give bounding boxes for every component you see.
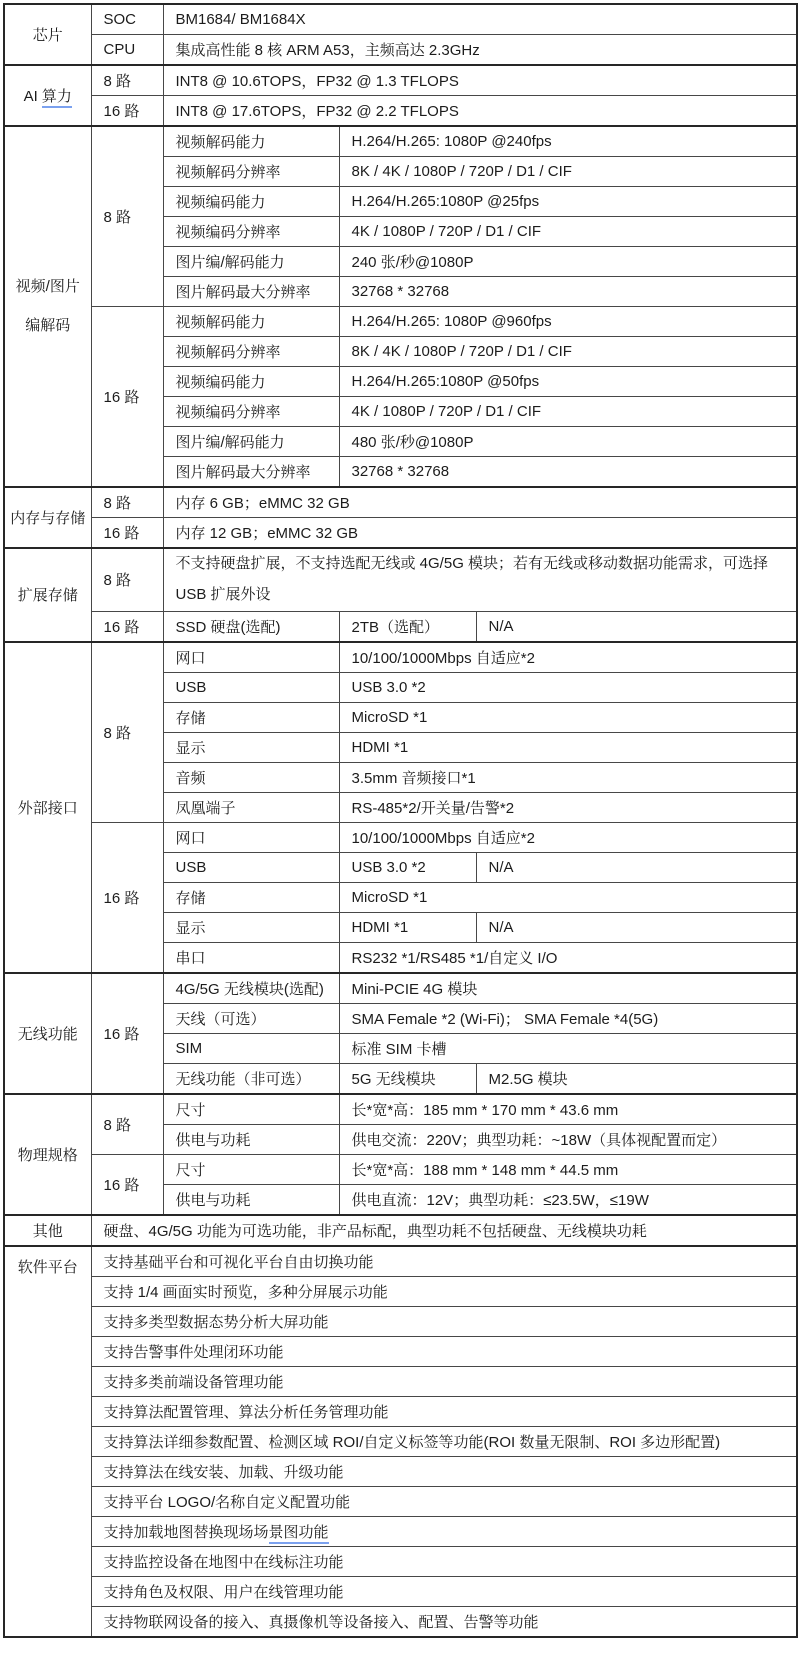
value-cell: USB 3.0 *2	[339, 852, 476, 882]
attribute-cell: 网口	[163, 642, 339, 673]
table-row: 其他硬盘、4G/5G 功能为可选功能，非产品标配，典型功耗不包括硬盘、无线模块功…	[4, 1215, 797, 1246]
table-row: 16 路尺寸长*宽*高：188 mm * 148 mm * 44.5 mm	[4, 1154, 797, 1184]
value-cell: 支持多类型数据态势分析大屏功能	[91, 1306, 797, 1336]
value-cell: 8K / 4K / 1080P / 720P / D1 / CIF	[339, 337, 797, 367]
value-cell: INT8 @ 17.6TOPS，FP32 @ 2.2 TFLOPS	[163, 96, 797, 127]
category-expansion-storage: 扩展存储	[4, 548, 91, 642]
channel-8: 8 路	[91, 487, 163, 518]
table-row: 支持算法在线安装、加载、升级功能	[4, 1456, 797, 1486]
value-cell: 供电交流：220V；典型功耗：~18W（具体视配置而定）	[339, 1124, 797, 1154]
table-row: 外部接口8 路网口10/100/1000Mbps 自适应*2	[4, 642, 797, 673]
attribute-cell: 图片编/解码能力	[163, 427, 339, 457]
value-cell: 硬盘、4G/5G 功能为可选功能，非产品标配，典型功耗不包括硬盘、无线模块功耗	[91, 1215, 797, 1246]
value-cell: 不支持硬盘扩展，不支持选配无线或 4G/5G 模块；若有无线或移动数据功能需求，…	[163, 548, 797, 611]
attribute-cell: USB	[163, 672, 339, 702]
value-cell: INT8 @ 10.6TOPS，FP32 @ 1.3 TFLOPS	[163, 65, 797, 96]
value-cell: 4K / 1080P / 720P / D1 / CIF	[339, 217, 797, 247]
attribute-cell: 尺寸	[163, 1154, 339, 1184]
value-cell: USB 3.0 *2	[339, 672, 797, 702]
table-row: 软件平台支持基础平台和可视化平台自由切换功能	[4, 1246, 797, 1277]
value-cell: 供电直流：12V；典型功耗：≤23.5W，≤19W	[339, 1184, 797, 1215]
value-cell: 支持角色及权限、用户在线管理功能	[91, 1576, 797, 1606]
attribute-cell: 串口	[163, 942, 339, 973]
category-ai-compute: AI 算力	[4, 65, 91, 126]
category-video-codec: 视频/图片编解码	[4, 126, 91, 487]
attribute-cell: 视频解码能力	[163, 307, 339, 337]
attribute-cell: 视频编码分辨率	[163, 217, 339, 247]
underlined-text: 景图功能	[269, 1524, 329, 1544]
table-row: 16 路INT8 @ 17.6TOPS，FP32 @ 2.2 TFLOPS	[4, 96, 797, 127]
attribute-cell: 音频	[163, 762, 339, 792]
spec-table-body: 芯片SOCBM1684/ BM1684XCPU集成高性能 8 核 ARM A53…	[4, 4, 797, 1637]
value-cell: H.264/H.265:1080P @50fps	[339, 367, 797, 397]
table-row: 支持算法配置管理、算法分析任务管理功能	[4, 1396, 797, 1426]
attribute-cell: 视频编码能力	[163, 367, 339, 397]
value-cell: N/A	[476, 912, 797, 942]
value-cell: 标准 SIM 卡槽	[339, 1033, 797, 1063]
value-cell: N/A	[476, 611, 797, 642]
value-cell: 支持算法在线安装、加载、升级功能	[91, 1456, 797, 1486]
table-row: CPU集成高性能 8 核 ARM A53，主频高达 2.3GHz	[4, 35, 797, 66]
attribute-cell: 4G/5G 无线模块(选配)	[163, 973, 339, 1004]
value-cell: 支持多类前端设备管理功能	[91, 1366, 797, 1396]
attribute-cell: 供电与功耗	[163, 1124, 339, 1154]
value-cell: 支持告警事件处理闭环功能	[91, 1336, 797, 1366]
value-cell: MicroSD *1	[339, 882, 797, 912]
attribute-cell: 显示	[163, 912, 339, 942]
channel-16: 16 路	[91, 1154, 163, 1215]
value-cell: 3.5mm 音频接口*1	[339, 762, 797, 792]
category-memory-storage: 内存与存储	[4, 487, 91, 548]
table-row: 无线功能16 路4G/5G 无线模块(选配)Mini-PCIE 4G 模块	[4, 973, 797, 1004]
channel-16: 16 路	[91, 307, 163, 488]
attribute-cell: 视频解码分辨率	[163, 337, 339, 367]
value-cell: 支持算法详细参数配置、检测区域 ROI/自定义标签等功能(ROI 数量无限制、R…	[91, 1426, 797, 1456]
table-row: 16 路网口10/100/1000Mbps 自适应*2	[4, 822, 797, 852]
channel-16: 16 路	[91, 518, 163, 549]
attribute-cell: 存储	[163, 882, 339, 912]
value-cell: 8K / 4K / 1080P / 720P / D1 / CIF	[339, 157, 797, 187]
value-cell: MicroSD *1	[339, 702, 797, 732]
table-row: 支持 1/4 画面实时预览，多种分屏展示功能	[4, 1276, 797, 1306]
table-row: 支持加载地图替换现场场景图功能	[4, 1516, 797, 1546]
value-cell: 内存 6 GB；eMMC 32 GB	[163, 487, 797, 518]
table-row: 16 路视频解码能力H.264/H.265: 1080P @960fps	[4, 307, 797, 337]
value-cell: H.264/H.265: 1080P @240fps	[339, 126, 797, 157]
value-cell: RS232 *1/RS485 *1/自定义 I/O	[339, 942, 797, 973]
value-cell: 内存 12 GB；eMMC 32 GB	[163, 518, 797, 549]
category-external-interfaces: 外部接口	[4, 642, 91, 973]
table-row: 支持告警事件处理闭环功能	[4, 1336, 797, 1366]
channel-16: 16 路	[91, 611, 163, 642]
channel-8: 8 路	[91, 642, 163, 823]
category-chip: 芯片	[4, 4, 91, 65]
value-cell: 支持算法配置管理、算法分析任务管理功能	[91, 1396, 797, 1426]
underlined-text: 算力	[42, 88, 72, 108]
value-cell: N/A	[476, 852, 797, 882]
value-cell: 4K / 1080P / 720P / D1 / CIF	[339, 397, 797, 427]
attribute-cell: SSD 硬盘(选配)	[163, 611, 339, 642]
value-cell: 10/100/1000Mbps 自适应*2	[339, 642, 797, 673]
spec-sheet-page: 芯片SOCBM1684/ BM1684XCPU集成高性能 8 核 ARM A53…	[0, 0, 800, 1660]
category-software-platform: 软件平台	[4, 1246, 91, 1637]
value-cell: HDMI *1	[339, 912, 476, 942]
value-cell: 集成高性能 8 核 ARM A53，主频高达 2.3GHz	[163, 35, 797, 66]
value-cell: 5G 无线模块	[339, 1063, 476, 1094]
table-row: 内存与存储8 路内存 6 GB；eMMC 32 GB	[4, 487, 797, 518]
attribute-cell: USB	[163, 852, 339, 882]
value-cell: Mini-PCIE 4G 模块	[339, 973, 797, 1004]
value-cell: 支持物联网设备的接入、真摄像机等设备接入、配置、告警等功能	[91, 1606, 797, 1637]
value-cell: 支持基础平台和可视化平台自由切换功能	[91, 1246, 797, 1277]
value-cell: 2TB（选配）	[339, 611, 476, 642]
attribute-cell: 供电与功耗	[163, 1184, 339, 1215]
value-cell: 10/100/1000Mbps 自适应*2	[339, 822, 797, 852]
table-row: 支持监控设备在地图中在线标注功能	[4, 1546, 797, 1576]
category-other: 其他	[4, 1215, 91, 1246]
value-cell: 支持监控设备在地图中在线标注功能	[91, 1546, 797, 1576]
category-physical-specs: 物理规格	[4, 1094, 91, 1215]
table-row: 支持物联网设备的接入、真摄像机等设备接入、配置、告警等功能	[4, 1606, 797, 1637]
attribute-cell: 存储	[163, 702, 339, 732]
value-cell: SMA Female *2 (Wi-Fi)； SMA Female *4(5G)	[339, 1003, 797, 1033]
channel-16: 16 路	[91, 973, 163, 1094]
attribute-cell: 天线（可选）	[163, 1003, 339, 1033]
value-cell: 支持加载地图替换现场场景图功能	[91, 1516, 797, 1546]
value-cell: H.264/H.265:1080P @25fps	[339, 187, 797, 217]
category-wireless: 无线功能	[4, 973, 91, 1094]
table-row: 物理规格8 路尺寸长*宽*高：185 mm * 170 mm * 43.6 mm	[4, 1094, 797, 1125]
value-cell: 32768 * 32768	[339, 277, 797, 307]
channel-8: 8 路	[91, 548, 163, 611]
value-cell: H.264/H.265: 1080P @960fps	[339, 307, 797, 337]
attribute-cell: 视频解码分辨率	[163, 157, 339, 187]
attribute-cell: 尺寸	[163, 1094, 339, 1125]
attribute-cell: 图片解码最大分辨率	[163, 277, 339, 307]
value-cell: 支持平台 LOGO/名称自定义配置功能	[91, 1486, 797, 1516]
attribute-cell: 显示	[163, 732, 339, 762]
attribute-cell: 无线功能（非可选）	[163, 1063, 339, 1094]
table-row: 支持平台 LOGO/名称自定义配置功能	[4, 1486, 797, 1516]
channel-8: 8 路	[91, 65, 163, 96]
attribute-cell: 凤凰端子	[163, 792, 339, 822]
value-cell: M2.5G 模块	[476, 1063, 797, 1094]
value-cell: 支持 1/4 画面实时预览，多种分屏展示功能	[91, 1276, 797, 1306]
table-row: 16 路内存 12 GB；eMMC 32 GB	[4, 518, 797, 549]
table-row: 支持多类前端设备管理功能	[4, 1366, 797, 1396]
value-cell: 32768 * 32768	[339, 457, 797, 488]
value-cell: RS-485*2/开关量/告警*2	[339, 792, 797, 822]
row-label-cpu: CPU	[91, 35, 163, 66]
table-row: 支持算法详细参数配置、检测区域 ROI/自定义标签等功能(ROI 数量无限制、R…	[4, 1426, 797, 1456]
attribute-cell: 视频编码能力	[163, 187, 339, 217]
channel-16: 16 路	[91, 822, 163, 973]
table-row: 芯片SOCBM1684/ BM1684X	[4, 4, 797, 35]
value-cell: HDMI *1	[339, 732, 797, 762]
value-cell: 480 张/秒@1080P	[339, 427, 797, 457]
value-cell: 长*宽*高：185 mm * 170 mm * 43.6 mm	[339, 1094, 797, 1125]
attribute-cell: 图片解码最大分辨率	[163, 457, 339, 488]
attribute-cell: 视频编码分辨率	[163, 397, 339, 427]
table-row: 支持角色及权限、用户在线管理功能	[4, 1576, 797, 1606]
attribute-cell: 视频解码能力	[163, 126, 339, 157]
attribute-cell: 网口	[163, 822, 339, 852]
product-spec-table: 芯片SOCBM1684/ BM1684XCPU集成高性能 8 核 ARM A53…	[3, 3, 798, 1638]
channel-8: 8 路	[91, 1094, 163, 1155]
table-row: 视频/图片编解码8 路视频解码能力H.264/H.265: 1080P @240…	[4, 126, 797, 157]
table-row: 扩展存储8 路不支持硬盘扩展，不支持选配无线或 4G/5G 模块；若有无线或移动…	[4, 548, 797, 611]
value-cell: 长*宽*高：188 mm * 148 mm * 44.5 mm	[339, 1154, 797, 1184]
table-row: 16 路SSD 硬盘(选配)2TB（选配）N/A	[4, 611, 797, 642]
value-cell: BM1684/ BM1684X	[163, 4, 797, 35]
row-label-soc: SOC	[91, 4, 163, 35]
channel-16: 16 路	[91, 96, 163, 127]
table-row: 支持多类型数据态势分析大屏功能	[4, 1306, 797, 1336]
channel-8: 8 路	[91, 126, 163, 307]
attribute-cell: 图片编/解码能力	[163, 247, 339, 277]
value-cell: 240 张/秒@1080P	[339, 247, 797, 277]
attribute-cell: SIM	[163, 1033, 339, 1063]
table-row: AI 算力8 路INT8 @ 10.6TOPS，FP32 @ 1.3 TFLOP…	[4, 65, 797, 96]
